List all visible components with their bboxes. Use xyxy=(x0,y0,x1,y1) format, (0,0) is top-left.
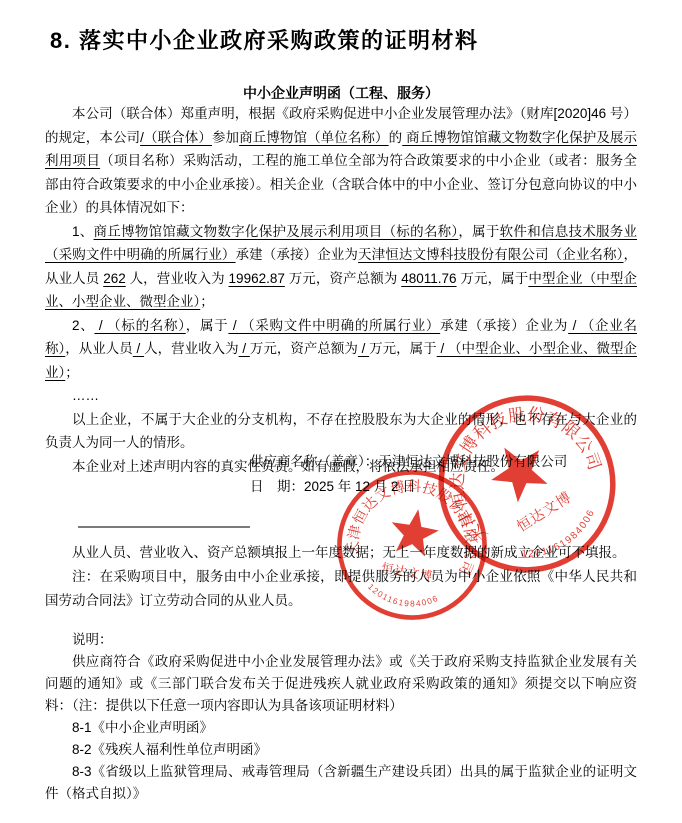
star-icon xyxy=(387,505,442,558)
instruction-item-8-3: 8-3《省级以上监狱管理局、戒毒管理局（含新疆生产建设兵团）出具的属于监狱企业的… xyxy=(45,761,637,805)
paragraph-intro: 本公司（联合体）郑重声明，根据《政府采购促进中小企业发展管理办法》（财库[202… xyxy=(45,102,637,220)
company-seal-lower: 天津恒达文博科技股份有限公司 1201161984006 恒达文博 xyxy=(304,437,519,652)
seal-inner-text: 恒达文博 xyxy=(513,488,575,536)
instructions-block: 说明： 供应商符合《政府采购促进中小企业发展管理办法》或《关于政府采购支持监狱企… xyxy=(45,629,637,805)
instructions-heading: 说明： xyxy=(45,629,637,651)
seal-inner-text: 恒达文博 xyxy=(380,560,434,584)
date-label: 日 期： xyxy=(250,479,304,494)
paragraph-item-1: 1、商丘博物馆馆藏文物数字化保护及展示利用项目（标的名称），属于软件和信息技术服… xyxy=(45,220,637,314)
document-page: 8. 落实中小企业政府采购政策的证明材料 中小企业声明函（工程、服务） 本公司（… xyxy=(0,0,682,823)
footnote-divider xyxy=(78,526,250,528)
page-title: 8. 落实中小企业政府采购政策的证明材料 xyxy=(50,24,478,55)
instructions-body: 供应商符合《政府采购促进中小企业发展管理办法》或《关于政府采购支持监狱企业发展有… xyxy=(45,651,637,717)
instruction-item-8-2: 8-2《残疾人福利性单位声明函》 xyxy=(45,739,637,761)
letter-title: 中小企业声明函（工程、服务） xyxy=(0,83,682,103)
instruction-item-8-1: 8-1《中小企业声明函》 xyxy=(45,717,637,739)
